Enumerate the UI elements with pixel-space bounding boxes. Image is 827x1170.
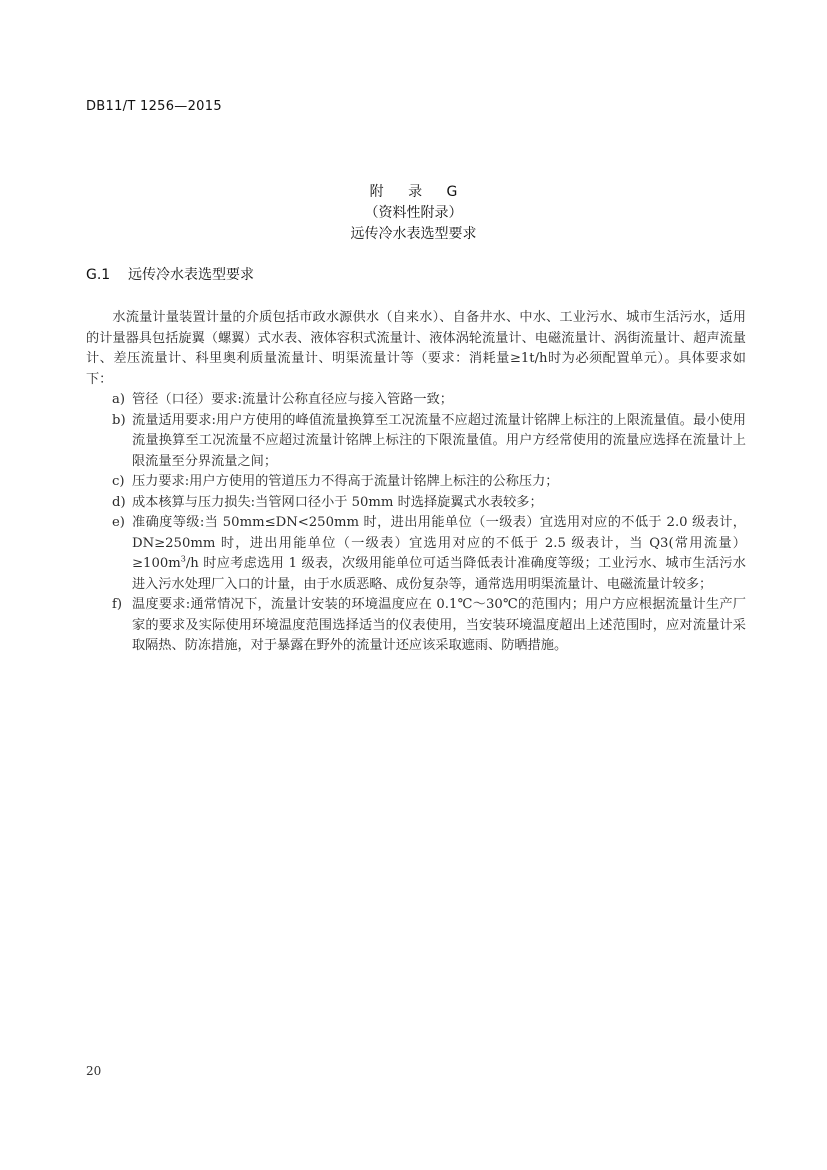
list-item-text: 管径（口径）要求:流量计公称直径应与接入管路一致； [132,392,453,407]
appendix-title: 附 录 G [0,182,827,203]
appendix-name: 远传冷水表选型要求 [0,224,827,245]
list-item: b) 流量适用要求:用户方使用的峰值流量换算至工况流量不应超过流量计铭牌上标注的… [86,411,746,473]
list-item-text: 成本核算与压力损失:当管网口径小于 50mm 时选择旋翼式水表较多； [132,495,543,510]
list-item-text: 流量适用要求:用户方使用的峰值流量换算至工况流量不应超过流量计铭牌上标注的上限流… [132,413,746,469]
list-item: e) 准确度等级:当 50mm≤DN<250mm 时，进出用能单位（一级表）宜选… [86,513,746,595]
section-number: G.1 [86,267,128,283]
section-heading: G.1远传冷水表选型要求 [86,264,254,284]
section-title: 远传冷水表选型要求 [128,267,254,283]
standard-code-header: DB11/T 1256—2015 [86,99,222,114]
list-item-text: 温度要求:通常情况下，流量计安装的环境温度应在 0.1℃～30℃的范围内；用户方… [132,597,746,653]
list-marker: e) [112,513,125,534]
list-marker: b) [112,411,126,432]
document-body: 水流量计量装置计量的介质包括市政水源供水（自来水）、自备井水、中水、工业污水、城… [86,308,746,657]
appendix-subtitle: （资料性附录） [0,203,827,224]
list-marker: a) [112,390,125,411]
list-marker: f) [112,595,122,616]
page-number: 20 [86,1064,101,1078]
list-item-text: 准确度等级:当 50mm≤DN<250mm 时，进出用能单位（一级表）宜选用对应… [132,515,746,592]
text-segment: /h 时应考虑选用 1 级表，次级用能单位可适当降低表计准确度等级；工业污水、城… [132,556,746,592]
list-item-text: 压力要求:用户方使用的管道压力不得高于流量计铭牌上标注的公称压力； [132,474,558,489]
appendix-title-block: 附 录 G （资料性附录） 远传冷水表选型要求 [0,182,827,245]
list-item: f) 温度要求:通常情况下，流量计安装的环境温度应在 0.1℃～30℃的范围内；… [86,595,746,657]
requirements-list: a) 管径（口径）要求:流量计公称直径应与接入管路一致； b) 流量适用要求:用… [86,390,746,657]
list-item: c) 压力要求:用户方使用的管道压力不得高于流量计铭牌上标注的公称压力； [86,472,746,493]
intro-paragraph: 水流量计量装置计量的介质包括市政水源供水（自来水）、自备井水、中水、工业污水、城… [86,308,746,390]
list-item: a) 管径（口径）要求:流量计公称直径应与接入管路一致； [86,390,746,411]
list-item: d) 成本核算与压力损失:当管网口径小于 50mm 时选择旋翼式水表较多； [86,493,746,514]
list-marker: c) [112,472,125,493]
list-marker: d) [112,493,126,514]
